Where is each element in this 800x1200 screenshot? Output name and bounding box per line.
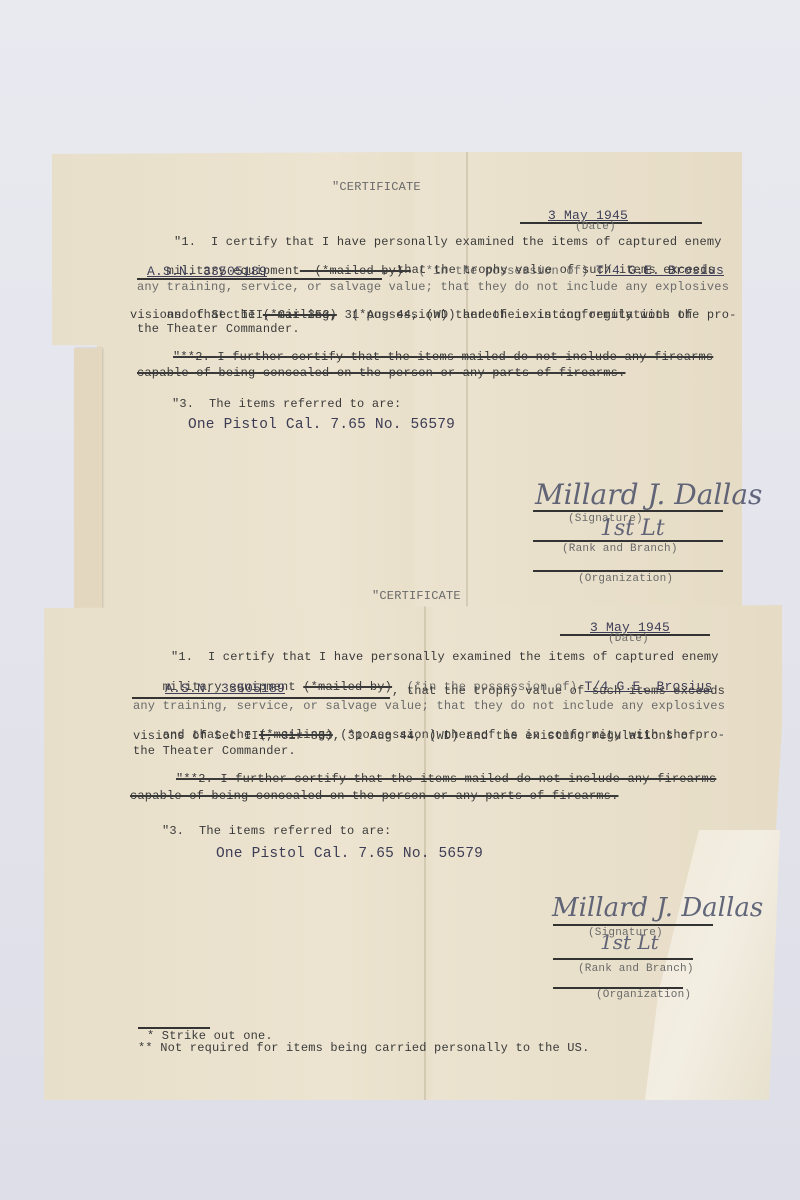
certificate-title-2: "CERTIFICATE	[372, 589, 461, 603]
para2-line2-2: capable of being concealed on the person…	[130, 789, 618, 803]
para3-lead: "3. The items referred to are:	[172, 397, 401, 411]
date-label: (Date)	[575, 220, 616, 234]
para1-line3-2: , that the trophy value of such items ex…	[392, 684, 725, 698]
asn-value: A.S.N. 33505189	[147, 265, 267, 279]
organization-label-2: (Organization)	[596, 988, 691, 1002]
rank-label: (Rank and Branch)	[562, 542, 678, 556]
para3-lead-2: "3. The items referred to are:	[162, 824, 391, 838]
para1-line7: the Theater Commander.	[137, 322, 300, 336]
item-description: One Pistol Cal. 7.65 No. 56579	[188, 418, 455, 432]
para1-line4: any training, service, or salvage value;…	[137, 280, 729, 294]
signature-handwritten: Millard J. Dallas	[535, 478, 762, 511]
para1-line1-2: "1. I certify that I have personally exa…	[171, 650, 719, 664]
para1-line6-2: visions of Sec III, Cir 353, 31 Aug 44, …	[133, 729, 696, 743]
certificate-title: "CERTIFICATE	[332, 180, 421, 194]
rank-line-2	[553, 958, 693, 960]
organization-label: (Organization)	[578, 572, 673, 586]
footnote-2: ** Not required for items being carried …	[138, 1041, 589, 1055]
para1-line7-2: the Theater Commander.	[133, 744, 296, 758]
signature-handwritten-2: Millard J. Dallas	[552, 893, 763, 923]
item-description-2: One Pistol Cal. 7.65 No. 56579	[216, 847, 483, 861]
para1-line4-2: any training, service, or salvage value;…	[133, 699, 725, 713]
para1-line3: , that the trophy value of such items ex…	[382, 263, 715, 277]
rank-label-2: (Rank and Branch)	[578, 962, 694, 976]
para1-line6: visions of Sec III, Cir 353, 31 Aug 44, …	[130, 308, 693, 322]
paper-torn-strip	[74, 348, 102, 610]
asn-value-2: A.S.N. 33505189	[165, 682, 285, 696]
date-label-2: (Date)	[608, 632, 649, 646]
para2-line2: capable of being concealed on the person…	[137, 366, 625, 380]
fold-crease	[466, 152, 468, 612]
para2-line1: "**2. I further certify that the items m…	[173, 350, 713, 364]
para2-line1-2: "**2. I further certify that the items m…	[176, 772, 716, 786]
rank-handwritten-2: 1st Lt	[600, 930, 659, 954]
rank-handwritten: 1st Lt	[600, 516, 665, 541]
para1-line1: "1. I certify that I have personally exa…	[174, 235, 722, 249]
